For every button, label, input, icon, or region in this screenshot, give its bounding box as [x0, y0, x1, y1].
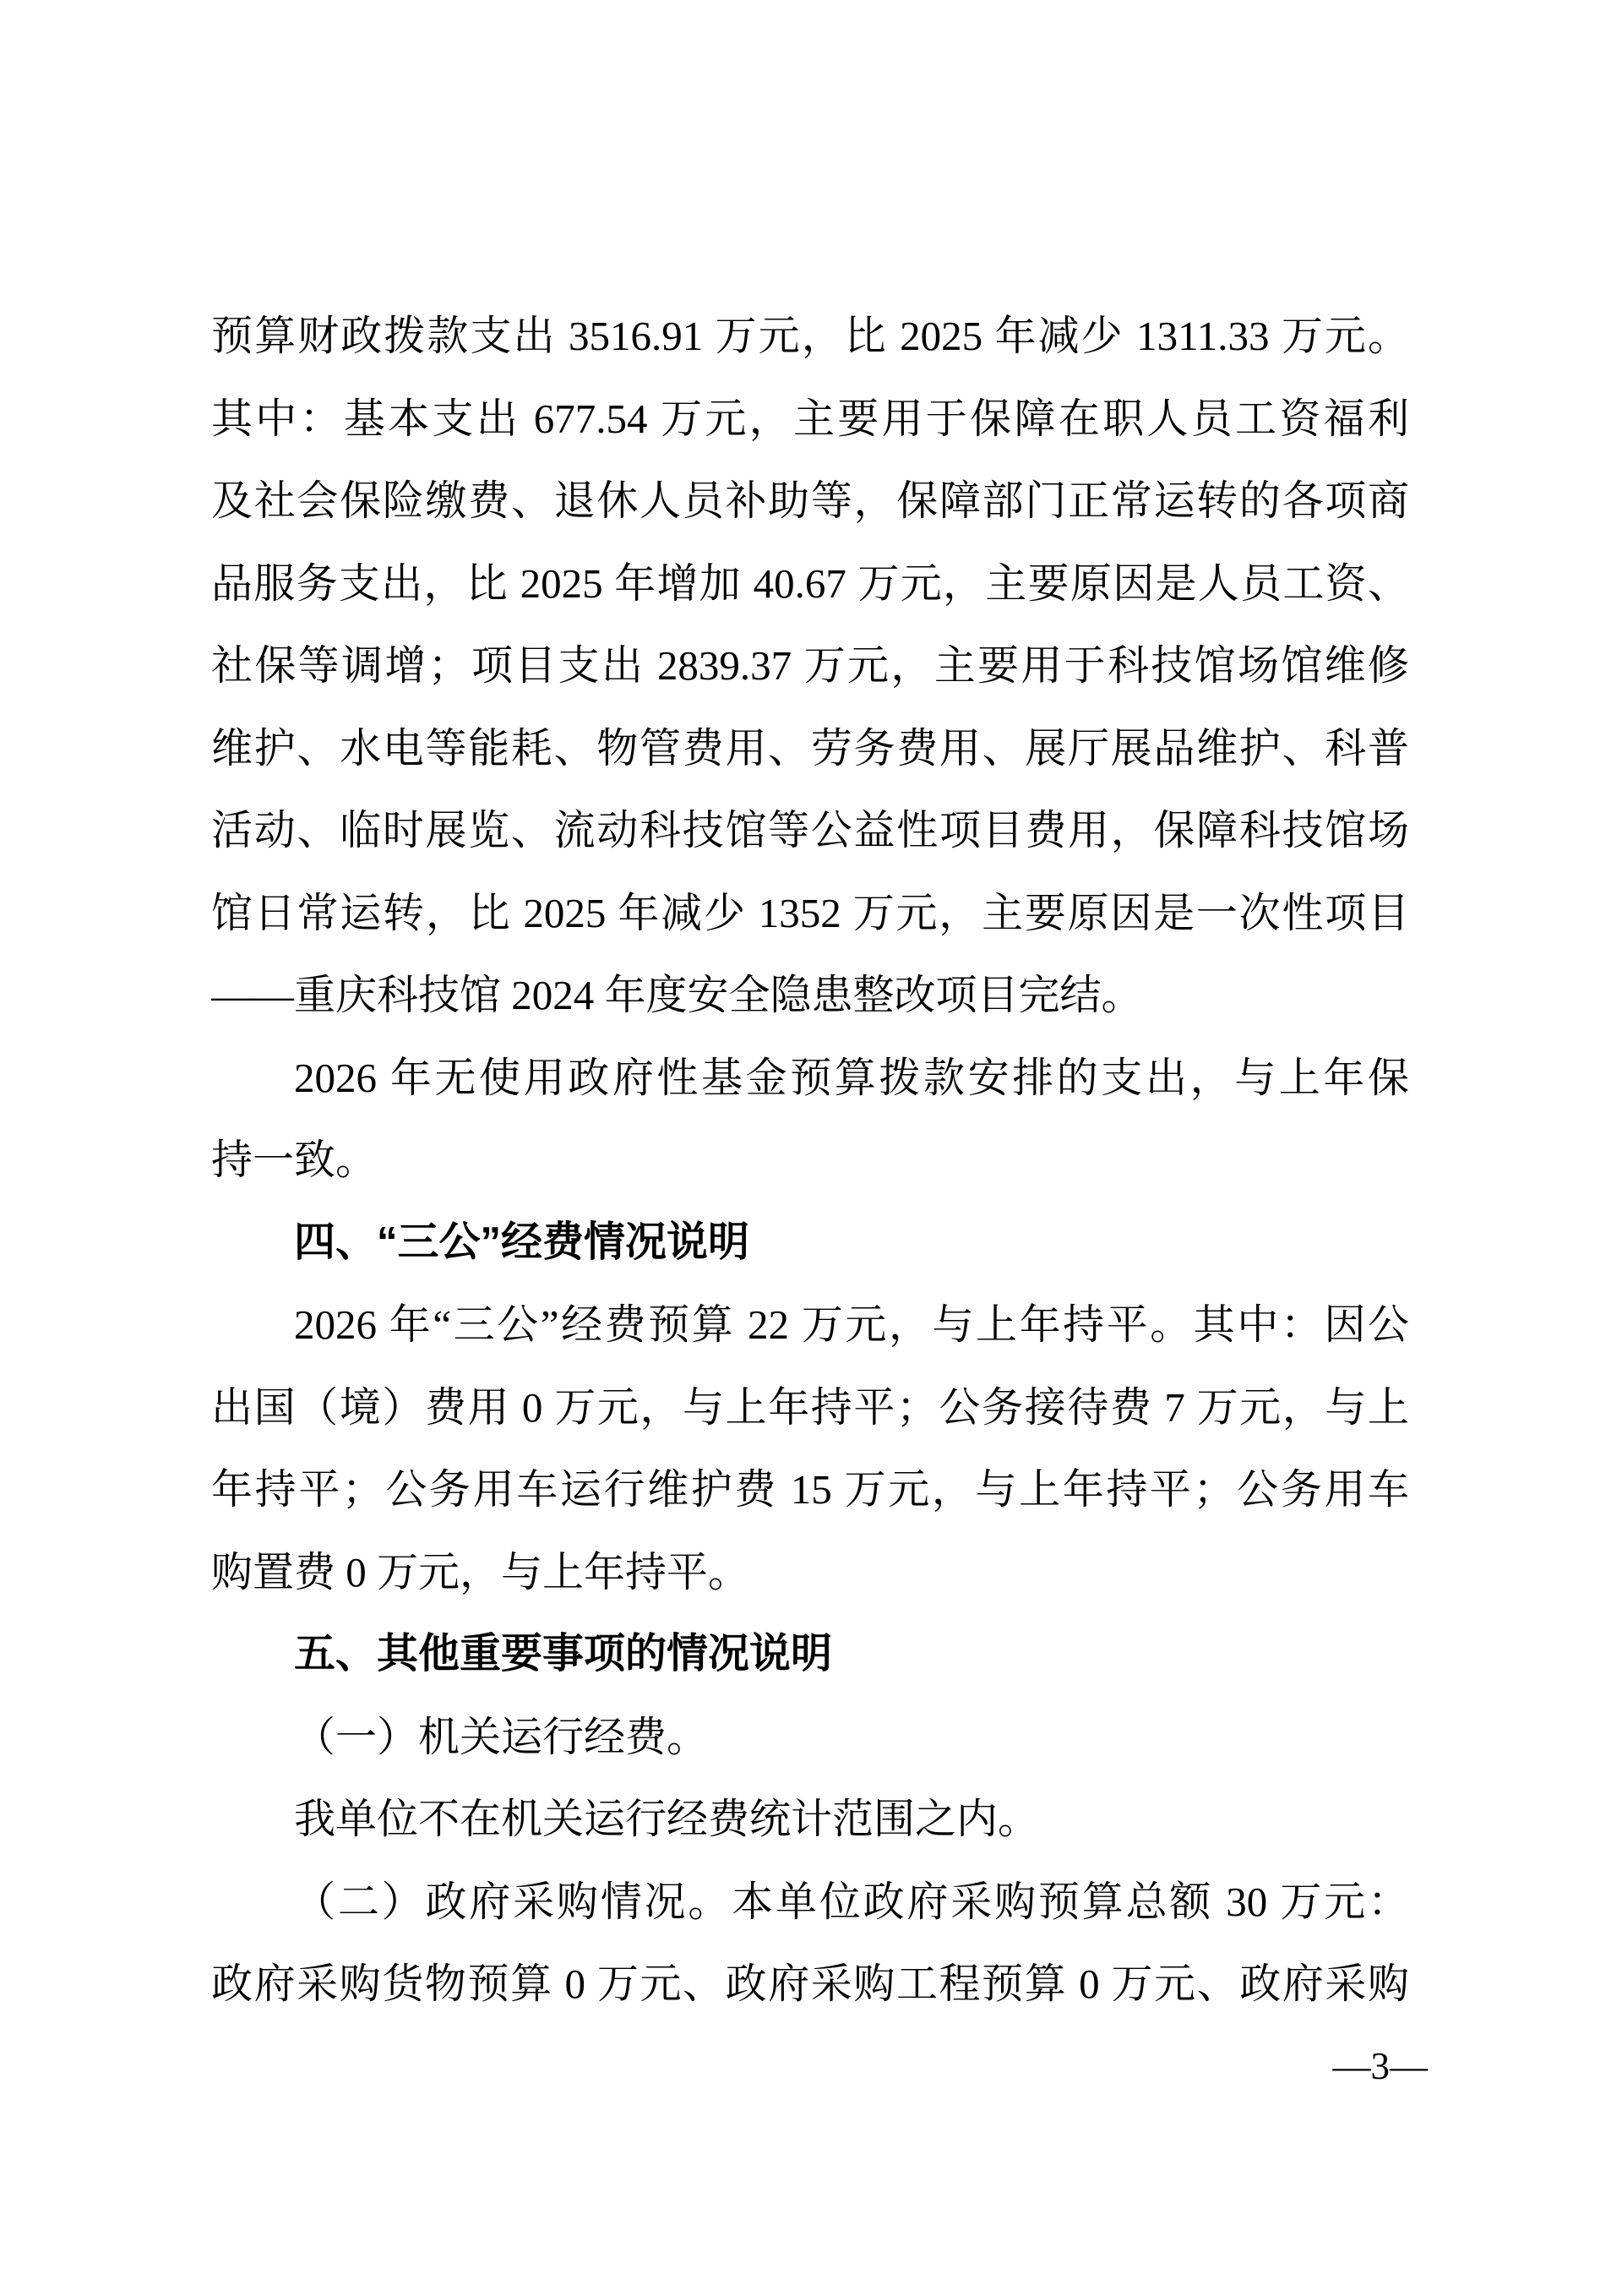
text-line: 其中：基本支出 677.54 万元，主要用于保障在职人员工资福利: [211, 378, 1409, 461]
document-body: 预算财政拨款支出 3516.91 万元，比 2025 年减少 1311.33 万…: [211, 295, 1409, 2026]
text-line: 政府采购货物预算 0 万元、政府采购工程预算 0 万元、政府采购: [211, 1943, 1409, 2026]
section-heading-other-important-matters: 五、其他重要事项的情况说明: [211, 1613, 1409, 1696]
text-line: 社保等调增；项目支出 2839.37 万元，主要用于科技馆场馆维修: [211, 624, 1409, 707]
text-line: 预算财政拨款支出 3516.91 万元，比 2025 年减少 1311.33 万…: [211, 295, 1409, 378]
text-line: 及社会保险缴费、退休人员补助等，保障部门正常运转的各项商: [211, 460, 1409, 543]
text-line: 馆日常运转，比 2025 年减少 1352 万元，主要原因是一次性项目: [211, 872, 1409, 955]
text-line: 维护、水电等能耗、物管费用、劳务费用、展厅展品维护、科普: [211, 707, 1409, 790]
text-line: 购置费 0 万元，与上年持平。: [211, 1531, 1409, 1614]
section-heading-sangong-funds: 四、“三公”经费情况说明: [211, 1202, 1409, 1284]
text-line: 我单位不在机关运行经费统计范围之内。: [211, 1778, 1409, 1861]
text-line: 活动、临时展览、流动科技馆等公益性项目费用，保障科技馆场: [211, 789, 1409, 872]
page-number: —3—: [1333, 2045, 1429, 2087]
text-line: （一）机关运行经费。: [211, 1696, 1409, 1779]
text-line: 年持平；公务用车运行维护费 15 万元，与上年持平；公务用车: [211, 1448, 1409, 1531]
document-page: 预算财政拨款支出 3516.91 万元，比 2025 年减少 1311.33 万…: [0, 0, 1622, 2296]
text-line: ——重庆科技馆 2024 年度安全隐患整改项目完结。: [211, 954, 1409, 1037]
text-line: 出国（境）费用 0 万元，与上年持平；公务接待费 7 万元，与上: [211, 1366, 1409, 1449]
text-line: 持一致。: [211, 1119, 1409, 1202]
text-line: （二）政府采购情况。本单位政府采购预算总额 30 万元：: [211, 1861, 1409, 1944]
text-line: 2026 年无使用政府性基金预算拨款安排的支出，与上年保: [211, 1037, 1409, 1120]
text-line: 2026 年“三公”经费预算 22 万元，与上年持平。其中：因公: [211, 1284, 1409, 1366]
text-line: 品服务支出，比 2025 年增加 40.67 万元，主要原因是人员工资、: [211, 543, 1409, 625]
